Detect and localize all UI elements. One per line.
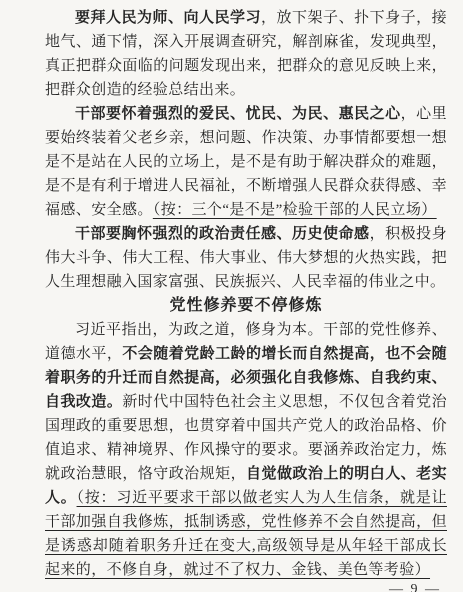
paragraph-serve-people: 要拜人民为师、向人民学习，放下架子、扑下身子，接地气、通下情，深入开展调查研究，…: [45, 6, 447, 102]
text-run-bold: 要拜人民为师、向人民学习: [75, 10, 261, 26]
body-text-before-heading: 要拜人民为师、向人民学习，放下架子、扑下身子，接地气、通下情，深入开展调查研究，…: [45, 6, 447, 294]
page-number: — 9 —: [45, 582, 447, 592]
text-run-bold: 干部要怀着强烈的爱民、忧民、为民、惠民之心: [75, 106, 401, 122]
text-run-bold: 干部要胸怀强烈的政治责任感、历史使命感: [75, 226, 370, 242]
paragraph-responsibility: 干部要胸怀强烈的政治责任感、历史使命感，积极投身伟大斗争、伟大工程、伟大事业、伟…: [45, 222, 447, 294]
text-run-underline: （按：习近平要求干部以做老实人为人生信条，就是让干部加强自我修炼，抵制诱惑，党性…: [45, 490, 447, 578]
document-page: 要拜人民为师、向人民学习，放下架子、扑下身子，接地气、通下情，深入开展调查研究，…: [0, 0, 463, 592]
body-text-after-heading: 习近平指出，为政之道，修身为本。干部的党性修养、道德水平，不会随着党龄工龄的增长…: [45, 318, 447, 582]
paragraph-people-stance: 干部要怀着强烈的爱民、忧民、为民、惠民之心，心里要始终装着父老乡亲，想问题、作决…: [45, 102, 447, 222]
section-heading: 党性修养要不停修炼: [45, 294, 447, 318]
paragraph-party-cultivation: 习近平指出，为政之道，修身为本。干部的党性修养、道德水平，不会随着党龄工龄的增长…: [45, 318, 447, 582]
text-run-underline: （按：三个“是不是”检验干部的人民立场）: [153, 202, 437, 218]
